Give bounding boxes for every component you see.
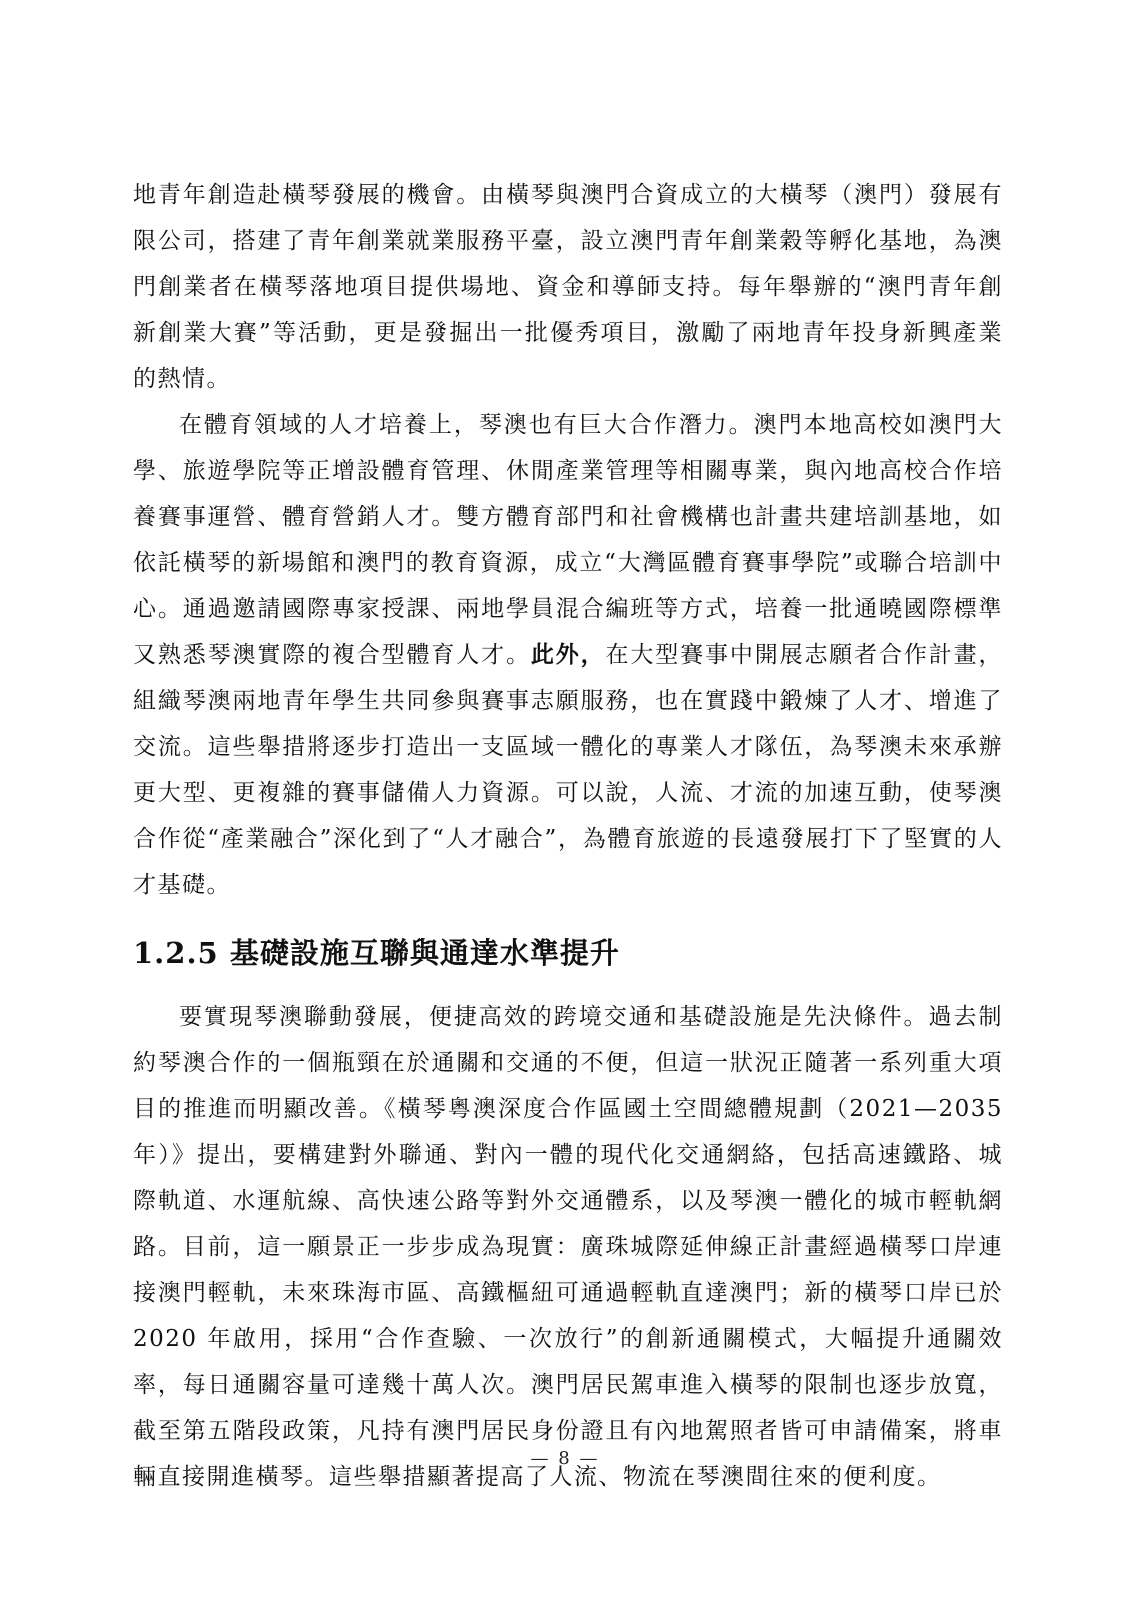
paragraph-segment: 在大型賽事中開展志願者合作計畫，組織琴澳兩地青年學生共同參與賽事志願服務，也在實… [133, 642, 1003, 898]
paragraph-continuation: 地青年創造赴橫琴發展的機會。由橫琴與澳門合資成立的大橫琴（澳門）發展有限公司，搭… [133, 172, 1003, 402]
paragraph-talent-cultivation: 在體育領域的人才培養上，琴澳也有巨大合作潛力。澳門本地高校如澳門大學、旅遊學院等… [133, 402, 1003, 908]
bold-phrase: 此外， [531, 641, 606, 668]
page-footer: — 8 — [0, 1448, 1130, 1469]
document-page: 地青年創造赴橫琴發展的機會。由橫琴與澳門合資成立的大橫琴（澳門）發展有限公司，搭… [0, 0, 1130, 1600]
page-number: — 8 — [531, 1448, 600, 1469]
page-content: 地青年創造赴橫琴發展的機會。由橫琴與澳門合資成立的大橫琴（澳門）發展有限公司，搭… [133, 172, 1003, 1500]
section-heading: 1.2.5 基礎設施互聯與通達水準提升 [133, 932, 1003, 974]
paragraph-segment: 在體育領域的人才培養上，琴澳也有巨大合作潛力。澳門本地高校如澳門大學、旅遊學院等… [133, 412, 1003, 668]
paragraph-infrastructure: 要實現琴澳聯動發展，便捷高效的跨境交通和基礎設施是先決條件。過去制約琴澳合作的一… [133, 994, 1003, 1500]
